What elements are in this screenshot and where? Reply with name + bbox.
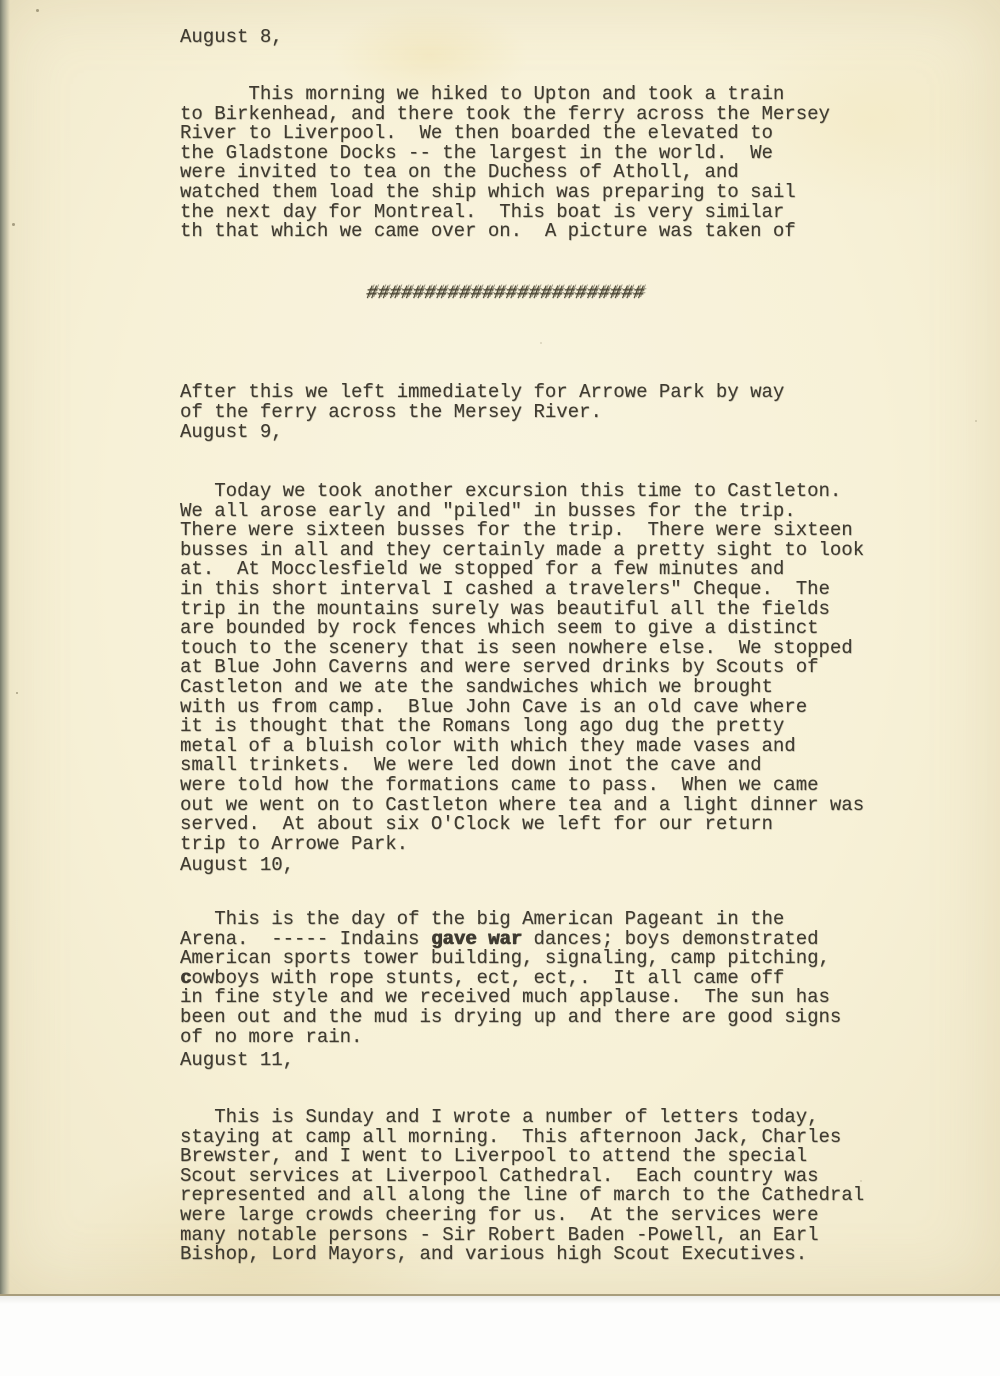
entry-august-9-body: Today we took another excursion this tim… xyxy=(180,482,992,854)
entry-august-10-heading: August 10, xyxy=(180,856,992,876)
august-10-text-end: owboys with rope stunts, ect, ect,. It a… xyxy=(180,967,841,1048)
paper-speck xyxy=(36,9,39,12)
scan-edge-strip xyxy=(0,0,10,1294)
scanner-bed-background xyxy=(0,1296,1000,1376)
hash-divider: ######################## xyxy=(364,282,646,304)
entry-august-8-body: This morning we hiked to Upton and took … xyxy=(180,85,992,242)
entry-august-10-body: This is the day of the big American Page… xyxy=(180,910,992,1047)
entry-august-8-heading: August 8, xyxy=(180,28,992,48)
paper-sheet: August 8, This morning we hiked to Upton… xyxy=(0,0,1000,1296)
paper-speck xyxy=(975,420,977,422)
paper-speck xyxy=(12,223,15,226)
entry-august-9-heading: August 9, xyxy=(180,423,992,443)
paper-speck xyxy=(540,342,542,344)
paper-speck xyxy=(16,692,18,694)
after-pageant-note: After this we left immediately for Arrow… xyxy=(180,383,992,422)
journal-scan: August 8, This morning we hiked to Upton… xyxy=(0,0,1000,1376)
entry-august-11-body: This is Sunday and I wrote a number of l… xyxy=(180,1108,992,1265)
paper-speck xyxy=(860,1180,862,1182)
entry-august-11-heading: August 11, xyxy=(180,1051,992,1071)
